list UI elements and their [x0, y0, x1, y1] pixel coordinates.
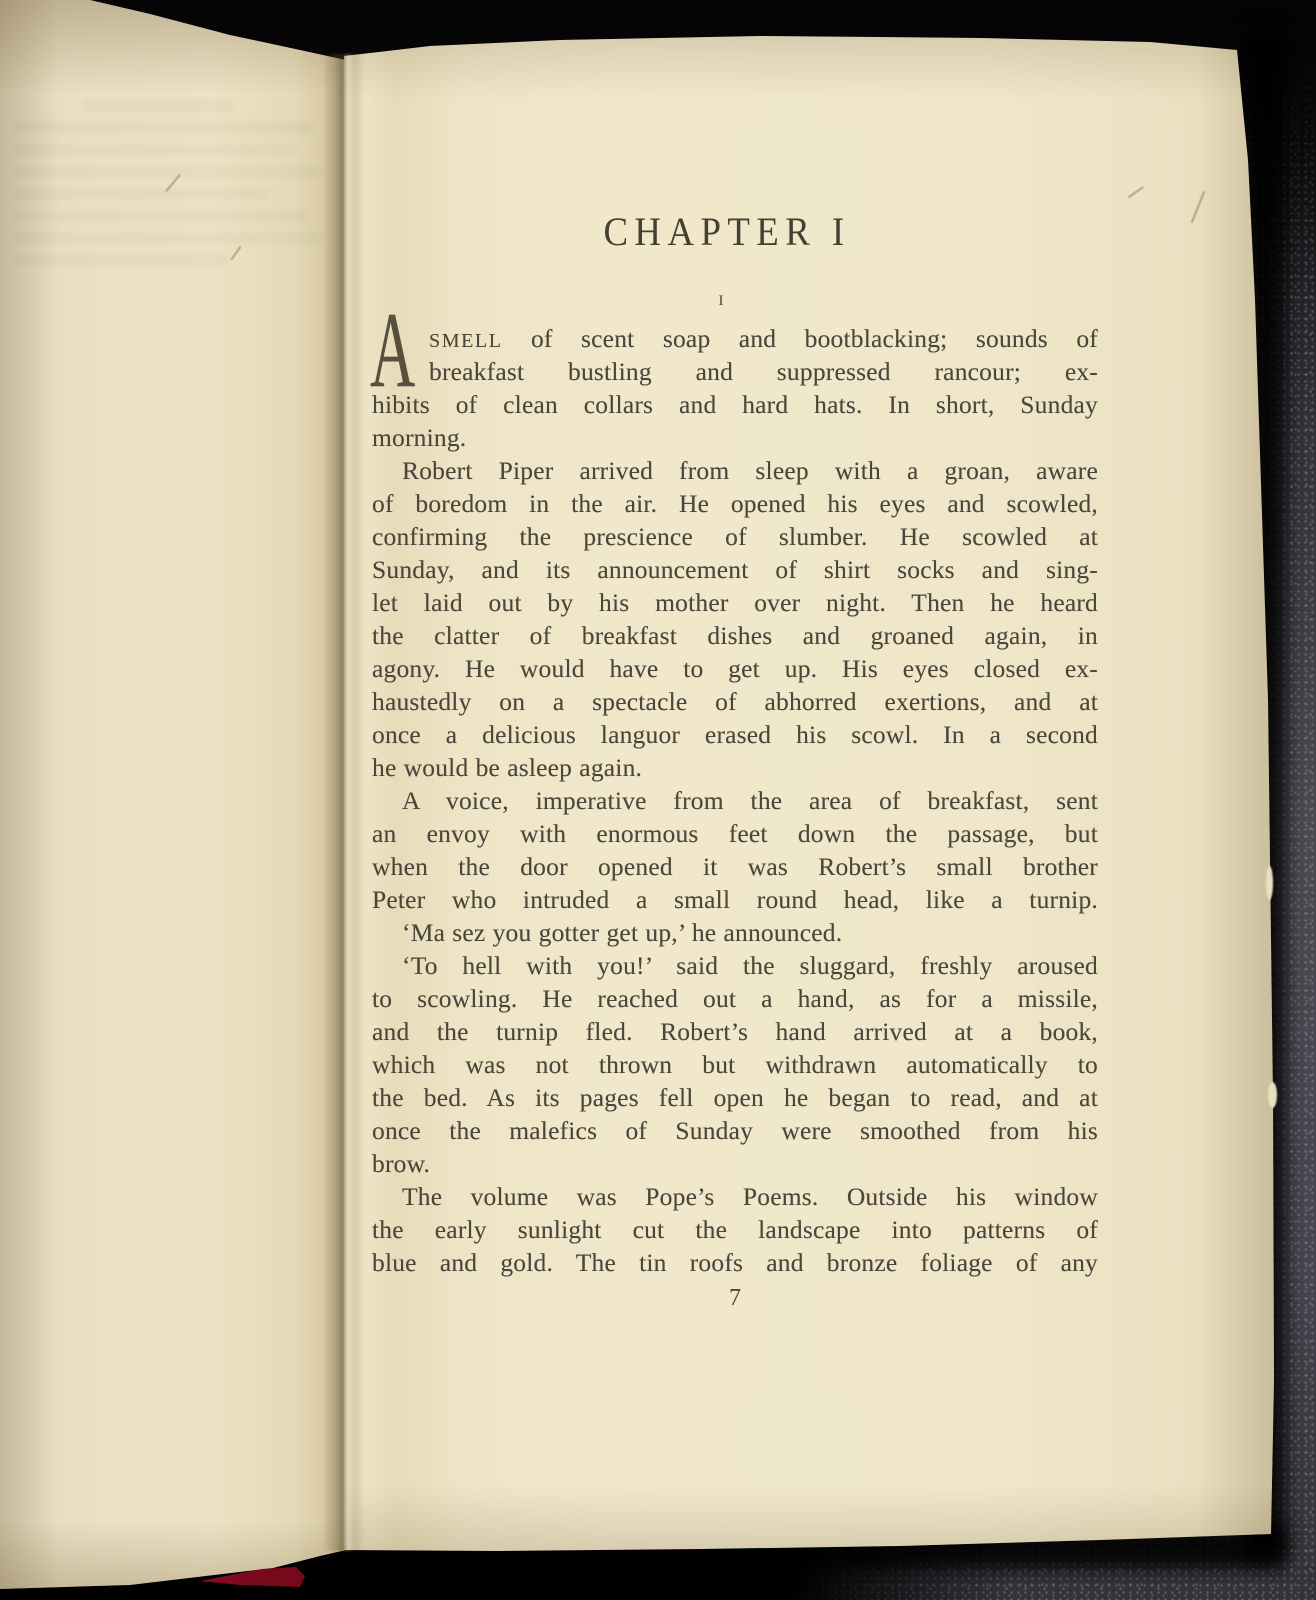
paper-hair-scratch: [1191, 191, 1205, 223]
body-line: to scowling. He reached out a hand, as f…: [372, 982, 1098, 1015]
section-numeral: i: [358, 288, 1084, 309]
body-line: Sunday, and its announcement of shirt so…: [372, 553, 1098, 586]
body-line: he would be asleep again.: [372, 751, 1098, 784]
body-line-first: ASMELL of scent soap and bootblacking; s…: [372, 322, 1098, 355]
body-line: brow.: [372, 1147, 1098, 1180]
body-line: ‘To hell with you!’ said the sluggard, f…: [372, 949, 1098, 982]
body-line: agony. He would have to get up. His eyes…: [372, 652, 1098, 685]
body-line-first-rest: of scent soap and bootblacking; sounds o…: [503, 324, 1098, 353]
open-book-photo: CHAPTER I i ASMELL of scent soap and boo…: [0, 0, 1316, 1600]
fore-edge-chip: [1268, 1082, 1277, 1108]
body-line: and the turnip fled. Robert’s hand arriv…: [372, 1015, 1098, 1048]
body-line: Robert Piper arrived from sleep with a g…: [372, 454, 1098, 487]
left-blank-page: [0, 0, 346, 1600]
body-line: haustedly on a spectacle of abhorred exe…: [372, 685, 1098, 718]
body-line: morning.: [372, 421, 1098, 454]
body-line: A voice, imperative from the area of bre…: [372, 784, 1098, 817]
paper-hair-scratch: [1128, 186, 1144, 198]
body-line: the clatter of breakfast dishes and groa…: [372, 619, 1098, 652]
drop-cap: A: [370, 297, 415, 405]
page-number: 7: [372, 1285, 1098, 1312]
body-line: blue and gold. The tin roofs and bronze …: [372, 1246, 1098, 1279]
body-line: the bed. As its pages fell open he began…: [372, 1081, 1098, 1114]
small-caps-word: SMELL: [429, 330, 503, 352]
body-line: let laid out by his mother over night. T…: [372, 586, 1098, 619]
body-line: hibits of clean collars and hard hats. I…: [372, 388, 1098, 421]
chapter-heading: CHAPTER I: [393, 215, 1061, 249]
show-through-text: [14, 100, 344, 276]
body-line: when the door opened it was Robert’s sma…: [372, 850, 1098, 883]
body-line: ‘Ma sez you gotter get up,’ he announced…: [372, 916, 1098, 949]
printed-page-text: CHAPTER I i ASMELL of scent soap and boo…: [372, 215, 1098, 1312]
body-line: The volume was Pope’s Poems. Outside his…: [372, 1180, 1098, 1213]
body-line: once the malefics of Sunday were smoothe…: [372, 1114, 1098, 1147]
book-gutter-crease: [322, 54, 366, 1551]
body-line: the early sunlight cut the landscape int…: [372, 1213, 1098, 1246]
body-line: which was not thrown but withdrawn autom…: [372, 1048, 1098, 1081]
fore-edge-chip: [1266, 866, 1273, 900]
body-line: an envoy with enormous feet down the pas…: [372, 817, 1098, 850]
body-line: breakfast bustling and suppressed rancou…: [372, 355, 1098, 388]
body-line: once a delicious languor erased his scow…: [372, 718, 1098, 751]
body-line: of boredom in the air. He opened his eye…: [372, 487, 1098, 520]
body-line: Peter who intruded a small round head, l…: [372, 883, 1098, 916]
body-text: ASMELL of scent soap and bootblacking; s…: [372, 322, 1098, 1279]
body-line: confirming the prescience of slumber. He…: [372, 520, 1098, 553]
